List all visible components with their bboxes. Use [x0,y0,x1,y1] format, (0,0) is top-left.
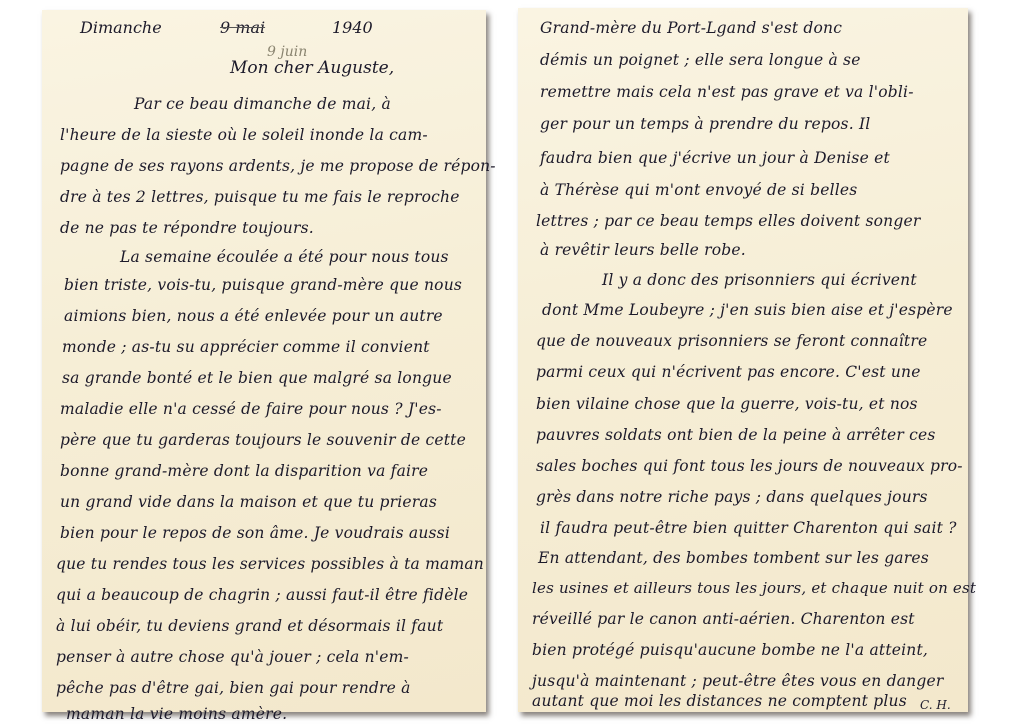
letter-line: bien protégé puisqu'aucune bombe ne l'a … [532,640,968,660]
letter-line: réveillé par le canon anti-aérien. Chare… [532,609,968,629]
letter-line: pagne de ses rayons ardents, je me propo… [60,156,486,176]
letter-line: ger pour un temps à prendre du repos. Il [540,114,968,134]
letter-line: à Thérèse qui m'ont envoyé de si belles [540,180,968,200]
letter-page-left: Dimanche 9 mai 1940 9 juin Mon cher Augu… [42,10,486,712]
letter-line: autant que moi les distances ne comptent… [532,691,968,711]
letter-line: lettres ; par ce beau temps elles doiven… [536,211,968,231]
letter-line: penser à autre chose qu'à jouer ; cela n… [56,647,486,667]
letter-line: l'heure de la sieste où le soleil inonde… [60,125,486,145]
letter-line: remettre mais cela n'est pas grave et va… [540,82,968,102]
letter-line: bien triste, vois-tu, puisque grand-mère… [64,275,486,295]
letter-line: de ne pas te répondre toujours. [60,218,486,238]
letter-line: grès dans notre riche pays ; dans quelqu… [536,487,968,507]
letter-line: pêche pas d'être gai, bien gai pour rend… [56,678,486,698]
letter-line: bien vilaine chose que la guerre, vois-t… [536,394,968,414]
letter-year: 1940 [332,18,373,38]
letter-line: Il y a donc des prisonniers qui écrivent [602,270,968,290]
letter-line: Grand-mère du Port-Lgand s'est donc [540,18,968,38]
letter-page-right: Grand-mère du Port-Lgand s'est donc démi… [518,8,968,712]
letter-date-struck: 9 mai [220,18,265,38]
letter-line: sales boches qui font tous les jours de … [536,456,968,476]
letter-line: pauvres soldats ont bien de la peine à a… [536,425,968,445]
letter-day: Dimanche [80,18,162,38]
letter-line: maladie elle n'a cessé de faire pour nou… [60,399,486,419]
letter-line: il faudra peut-être bien quitter Charent… [540,518,968,538]
letter-line: qui a beaucoup de chagrin ; aussi faut-i… [56,585,486,605]
letter-line: les usines et ailleurs tous les jours, e… [532,578,968,598]
letter-line: maman la vie moins amère. [66,704,486,724]
letter-line: monde ; as-tu su apprécier comme il conv… [62,337,486,357]
letter-line: aimions bien, nous a été enlevée pour un… [64,306,486,326]
letter-line: dont Mme Loubeyre ; j'en suis bien aise … [542,300,968,320]
letter-line: sa grande bonté et le bien que malgré sa… [62,368,486,388]
signature: C. H. [920,698,951,712]
letter-line: bonne grand-mère dont la disparition va … [60,461,486,481]
letter-line: dre à tes 2 lettres, puisque tu me fais … [60,187,486,207]
letter-line: que tu rendes tous les services possible… [56,554,486,574]
letter-line: démis un poignet ; elle sera longue à se [540,50,968,70]
letter-line: parmi ceux qui n'écrivent pas encore. C'… [536,362,968,382]
letter-line: La semaine écoulée a été pour nous tous [120,247,486,267]
letter-line: à revêtir leurs belle robe. [540,240,968,260]
letter-line: un grand vide dans la maison et que tu p… [60,492,486,512]
letter-line: que de nouveaux prisonniers se feront co… [536,331,968,351]
letter-line: Par ce beau dimanche de mai, à [134,94,486,114]
letter-line: jusqu'à maintenant ; peut-être êtes vous… [532,671,968,691]
letter-line: bien pour le repos de son âme. Je voudra… [60,523,486,543]
salutation: Mon cher Auguste, [230,58,394,78]
letter-line: père que tu garderas toujours le souveni… [60,430,486,450]
letter-line: faudra bien que j'écrive un jour à Denis… [540,148,968,168]
letter-line: à lui obéir, tu deviens grand et désorma… [56,616,486,636]
letter-line: En attendant, des bombes tombent sur les… [538,548,968,568]
